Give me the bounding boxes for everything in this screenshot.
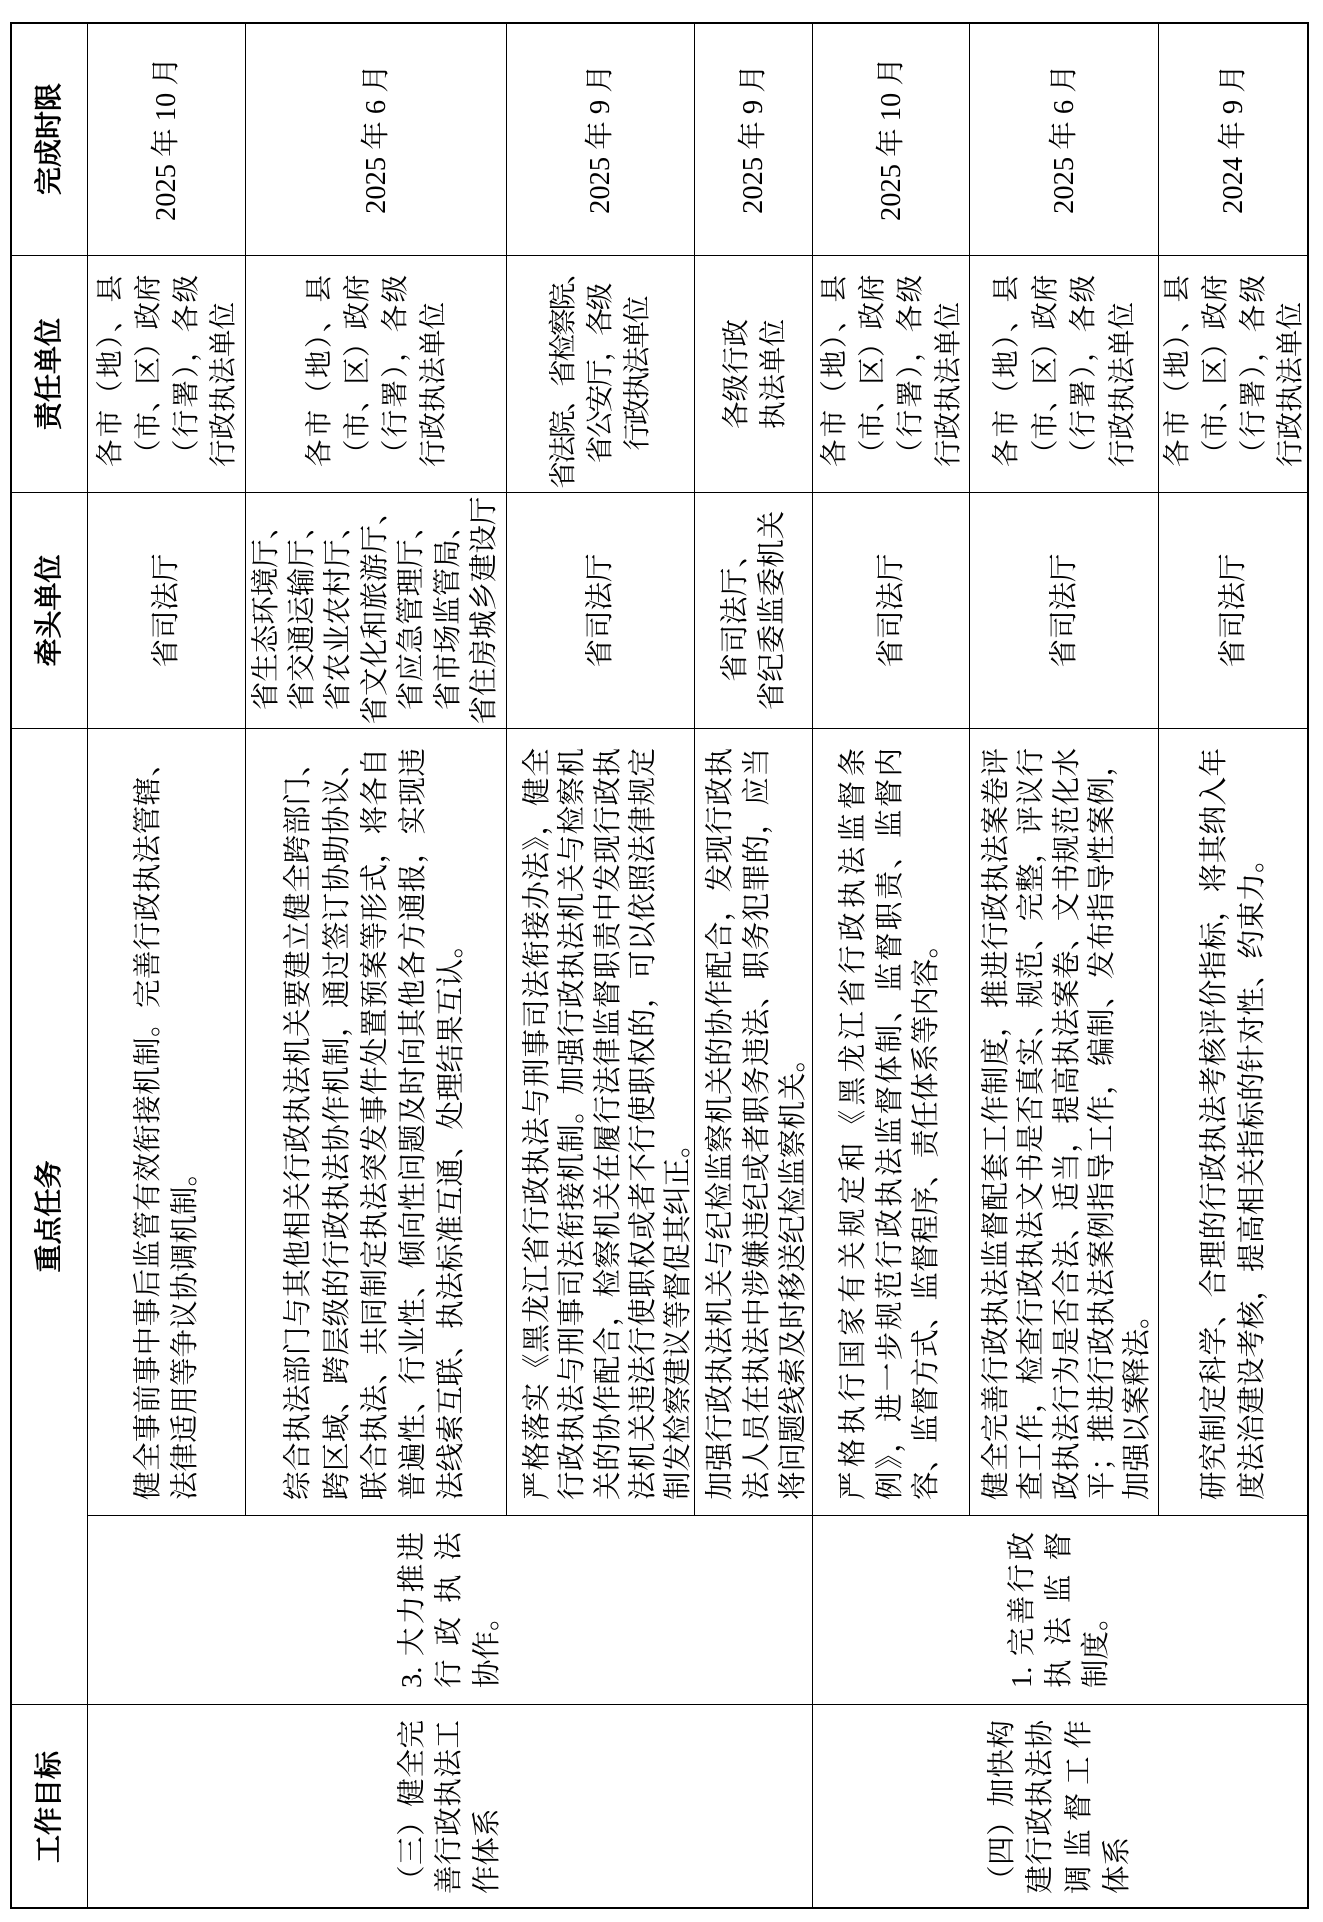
responsible-unit-line: 执法单位 bbox=[754, 319, 791, 429]
task-line: 法机关违法行使职权或者不行使职权的，可以依照法律规定 bbox=[626, 748, 661, 1500]
task-line: 例》，进一步规范行政执法监督体制、监督职责、监督内 bbox=[873, 748, 910, 1500]
deadline-value: 2024 年 9 月 bbox=[1215, 64, 1252, 214]
responsible-unit-line: （市、区）政府 bbox=[1196, 275, 1234, 467]
task-cell: 加强行政执法机关与纪检监察机关的协作配合，发现行政执 法人员在执法中涉嫌违纪或者… bbox=[695, 728, 813, 1515]
deadline-cell: 2025 年 9 月 bbox=[695, 22, 813, 255]
responsible-unit-cell: 各市（地）、县 （市、区）政府 （行署），各级 行政执法单位 bbox=[813, 255, 970, 492]
responsible-unit-cell: 各市（地）、县 （市、区）政府 （行署），各级 行政执法单位 bbox=[246, 255, 507, 492]
lead-unit-line: 省司法厅 bbox=[1046, 554, 1083, 668]
lead-unit-line: 省司法厅 bbox=[1215, 554, 1252, 668]
responsible-unit-line: （市、区）政府 bbox=[853, 275, 891, 467]
deadline-value: 2025 年 9 月 bbox=[582, 64, 619, 214]
deadline-value: 2025 年 9 月 bbox=[735, 64, 772, 214]
responsible-unit-line: 行政执法单位 bbox=[619, 298, 656, 451]
lead-unit-line: 省生态环境厅、 bbox=[249, 511, 285, 711]
subgoal-cell: 3. 大力推进 行政执法 协作。 bbox=[88, 1515, 813, 1704]
header-goal-label: 工作目标 bbox=[30, 1751, 67, 1863]
header-task-label: 重点任务 bbox=[30, 1161, 67, 1273]
responsible-unit-line: 行政执法单位 bbox=[1271, 275, 1309, 467]
task-line: 将问题线索及时移送纪检监察机关。 bbox=[776, 748, 813, 1500]
lead-unit-line: 省交通运输厅、 bbox=[285, 511, 321, 711]
subgoal-line: 3. 大力推进 bbox=[394, 1532, 432, 1688]
task-cell: 研究制定科学、合理的行政执法考核评价指标，将其纳入年 度法治建设考核，提高相关指… bbox=[1159, 728, 1309, 1515]
header-responsible-unit-label: 责任单位 bbox=[30, 318, 67, 430]
task-line: 健全完善行政执法监督配套工作制度，推进行政执法案卷评 bbox=[979, 748, 1014, 1500]
task-line: 平；推进行政执法案例指导工作，编制、发布指导性案例， bbox=[1085, 748, 1120, 1500]
task-line: 度法治建设考核，提高相关指标的针对性、约束力。 bbox=[1234, 748, 1272, 1500]
subgoal-cell: 1. 完善行政 执法监督 制度。 bbox=[813, 1515, 1309, 1704]
goal-line: （四）加快构 bbox=[984, 1720, 1022, 1894]
deadline-cell: 2025 年 10 月 bbox=[88, 22, 246, 255]
header-task: 重点任务 bbox=[10, 728, 88, 1704]
lead-unit-cell: 省生态环境厅、 省交通运输厅、 省农业农村厅、 省文化和旅游厅、 省应急管理厅、… bbox=[246, 492, 507, 728]
responsible-unit-line: （行署），各级 bbox=[1064, 275, 1103, 467]
deadline-value: 2025 年 6 月 bbox=[358, 64, 395, 214]
deadline-value: 2025 年 10 月 bbox=[148, 57, 185, 221]
task-cell: 严格落实《黑龙江省行政执法与刑事司法衔接办法》，健全 行政执法与刑事司法衔接机制… bbox=[507, 728, 695, 1515]
goal-cell: （四）加快构 建行政执法协 调监督工作 体系 bbox=[813, 1704, 1309, 1909]
header-goal: 工作目标 bbox=[10, 1704, 88, 1909]
goal-line: 调监督工作 bbox=[1061, 1720, 1099, 1894]
responsible-unit-cell: 各市（地）、县 （市、区）政府 （行署），各级 行政执法单位 bbox=[1159, 255, 1309, 492]
goal-line: （三）健全完 bbox=[394, 1720, 432, 1894]
task-line: 法人员在执法中涉嫌违纪或者职务违法、职务犯罪的，应当 bbox=[740, 748, 777, 1500]
goal-line: 体系 bbox=[1099, 1720, 1137, 1894]
task-cell: 综合执法部门与其他相关行政执法机关要建立健全跨部门、 跨区域、跨层级的行政执法协… bbox=[246, 728, 507, 1515]
responsible-unit-cell: 各市（地）、县 （市、区）政府 （行署），各级 行政执法单位 bbox=[88, 255, 246, 492]
goal-line: 建行政执法协 bbox=[1022, 1720, 1060, 1894]
subgoal-line: 制度。 bbox=[1079, 1532, 1116, 1688]
task-line: 关的协作配合，检察机关在履行法律监督职责中发现行政执 bbox=[591, 748, 626, 1500]
task-line: 制发检察建议等督促其纠正。 bbox=[661, 748, 696, 1500]
subgoal-line: 行政执法 bbox=[431, 1532, 469, 1688]
header-responsible-unit: 责任单位 bbox=[10, 255, 88, 492]
deadline-cell: 2025 年 9 月 bbox=[507, 22, 695, 255]
task-line: 法线索互联、执法标准互通、处理结果互认。 bbox=[433, 748, 471, 1500]
lead-unit-line: 省司法厅 bbox=[148, 554, 185, 668]
lead-unit-line: 省司法厅 bbox=[582, 554, 619, 668]
responsible-unit-line: 省法院、省检察院、 bbox=[545, 259, 582, 489]
responsible-unit-line: （行署），各级 bbox=[167, 275, 205, 467]
responsible-unit-line: 各市（地）、县 bbox=[91, 275, 129, 467]
responsible-unit-cell: 省法院、省检察院、 省公安厅，各级 行政执法单位 bbox=[507, 255, 695, 492]
responsible-unit-line: 行政执法单位 bbox=[1103, 275, 1142, 467]
lead-unit-line: 省司法厅、 bbox=[717, 539, 754, 682]
work-plan-table: 工作目标 重点任务 牵头单位 责任单位 完成时限 （三）健全完 善行政执法工 作… bbox=[10, 22, 1309, 1909]
deadline-cell: 2024 年 9 月 bbox=[1159, 22, 1309, 255]
responsible-unit-line: 行政执法单位 bbox=[414, 275, 452, 467]
task-line: 容、监督方式、监督程序、责任体系等内容。 bbox=[909, 748, 946, 1500]
task-line: 综合执法部门与其他相关行政执法机关要建立健全跨部门、 bbox=[280, 748, 318, 1500]
responsible-unit-line: （市、区）政府 bbox=[1026, 275, 1065, 467]
responsible-unit-line: 各级行政 bbox=[717, 319, 754, 429]
subgoal-line: 协作。 bbox=[469, 1532, 507, 1688]
header-deadline: 完成时限 bbox=[10, 22, 88, 255]
task-cell: 严格执行国家有关规定和《黑龙江省行政执法监督条 例》，进一步规范行政执法监督体制… bbox=[813, 728, 970, 1515]
deadline-value: 2025 年 6 月 bbox=[1046, 64, 1083, 214]
goal-cell: （三）健全完 善行政执法工 作体系 bbox=[88, 1704, 813, 1909]
task-cell: 健全完善行政执法监督配套工作制度，推进行政执法案卷评 查工作，检查行政执法文书是… bbox=[970, 728, 1159, 1515]
lead-unit-line: 省市场监管局、 bbox=[431, 511, 467, 711]
deadline-cell: 2025 年 6 月 bbox=[246, 22, 507, 255]
lead-unit-cell: 省司法厅 bbox=[970, 492, 1159, 728]
lead-unit-line: 省文化和旅游厅、 bbox=[358, 496, 394, 724]
responsible-unit-cell: 各级行政 执法单位 bbox=[695, 255, 813, 492]
responsible-unit-line: 各市（地）、县 bbox=[300, 275, 338, 467]
task-line: 跨区域、跨层级的行政执法协作机制，通过签订协助协议、 bbox=[319, 748, 357, 1500]
deadline-cell: 2025 年 10 月 bbox=[813, 22, 970, 255]
task-line: 研究制定科学、合理的行政执法考核评价指标，将其纳入年 bbox=[1196, 748, 1234, 1500]
subgoal-line: 执法监督 bbox=[1042, 1532, 1079, 1688]
deadline-value: 2025 年 10 月 bbox=[873, 57, 910, 221]
deadline-cell: 2025 年 6 月 bbox=[970, 22, 1159, 255]
task-line: 加强行政执法机关与纪检监察机关的协作配合，发现行政执 bbox=[703, 748, 740, 1500]
responsible-unit-line: 行政执法单位 bbox=[204, 275, 242, 467]
responsible-unit-line: （市、区）政府 bbox=[129, 275, 167, 467]
responsible-unit-line: 各市（地）、县 bbox=[987, 275, 1026, 467]
responsible-unit-line: 各市（地）、县 bbox=[815, 275, 853, 467]
lead-unit-line: 省纪委监委机关 bbox=[754, 511, 791, 711]
lead-unit-line: 省住房城乡建设厅 bbox=[467, 496, 503, 724]
header-lead-unit-label: 牵头单位 bbox=[30, 555, 67, 667]
task-line: 联合执法、共同制定执法突发事件处置预案等形式，将各自 bbox=[357, 748, 395, 1500]
responsible-unit-line: （行署），各级 bbox=[1234, 275, 1272, 467]
subgoal-line: 1. 完善行政 bbox=[1005, 1532, 1042, 1688]
responsible-unit-line: 各市（地）、县 bbox=[1158, 275, 1196, 467]
responsible-unit-line: 行政执法单位 bbox=[929, 275, 967, 467]
task-line: 法律适用等争议协调机制。 bbox=[167, 748, 204, 1500]
responsible-unit-line: （行署），各级 bbox=[891, 275, 929, 467]
lead-unit-cell: 省司法厅 bbox=[813, 492, 970, 728]
task-line: 严格执行国家有关规定和《黑龙江省行政执法监督条 bbox=[836, 748, 873, 1500]
header-lead-unit: 牵头单位 bbox=[10, 492, 88, 728]
goal-line: 作体系 bbox=[469, 1720, 507, 1894]
lead-unit-cell: 省司法厅 bbox=[507, 492, 695, 728]
task-line: 普遍性、行业性、倾向性问题及时向其他各方通报，实现违 bbox=[395, 748, 433, 1500]
lead-unit-line: 省应急管理厅、 bbox=[394, 511, 430, 711]
task-line: 严格落实《黑龙江省行政执法与刑事司法衔接办法》，健全 bbox=[520, 748, 555, 1500]
responsible-unit-cell: 各市（地）、县 （市、区）政府 （行署），各级 行政执法单位 bbox=[970, 255, 1159, 492]
lead-unit-cell: 省司法厅、 省纪委监委机关 bbox=[695, 492, 813, 728]
task-line: 政执法行为是否合法、适当，提高执法案卷、文书规范化水 bbox=[1050, 748, 1085, 1500]
lead-unit-line: 省农业农村厅、 bbox=[321, 511, 357, 711]
lead-unit-cell: 省司法厅 bbox=[1159, 492, 1309, 728]
responsible-unit-line: 省公安厅，各级 bbox=[582, 285, 619, 464]
responsible-unit-line: （市、区）政府 bbox=[338, 275, 376, 467]
task-line: 查工作，检查行政执法文书是否真实、规范、完整，评议行 bbox=[1014, 748, 1049, 1500]
task-cell: 健全事前事中事后监管有效衔接机制。完善行政执法管辖、 法律适用等争议协调机制。 bbox=[88, 728, 246, 1515]
lead-unit-line: 省司法厅 bbox=[873, 554, 910, 668]
task-line: 行政执法与刑事司法衔接机制。加强行政执法机关与检察机 bbox=[555, 748, 590, 1500]
goal-line: 善行政执法工 bbox=[431, 1720, 469, 1894]
task-line: 加强以案释法。 bbox=[1120, 748, 1155, 1500]
lead-unit-cell: 省司法厅 bbox=[88, 492, 246, 728]
responsible-unit-line: （行署），各级 bbox=[376, 275, 414, 467]
task-line: 健全事前事中事后监管有效衔接机制。完善行政执法管辖、 bbox=[130, 748, 167, 1500]
header-deadline-label: 完成时限 bbox=[30, 83, 67, 195]
